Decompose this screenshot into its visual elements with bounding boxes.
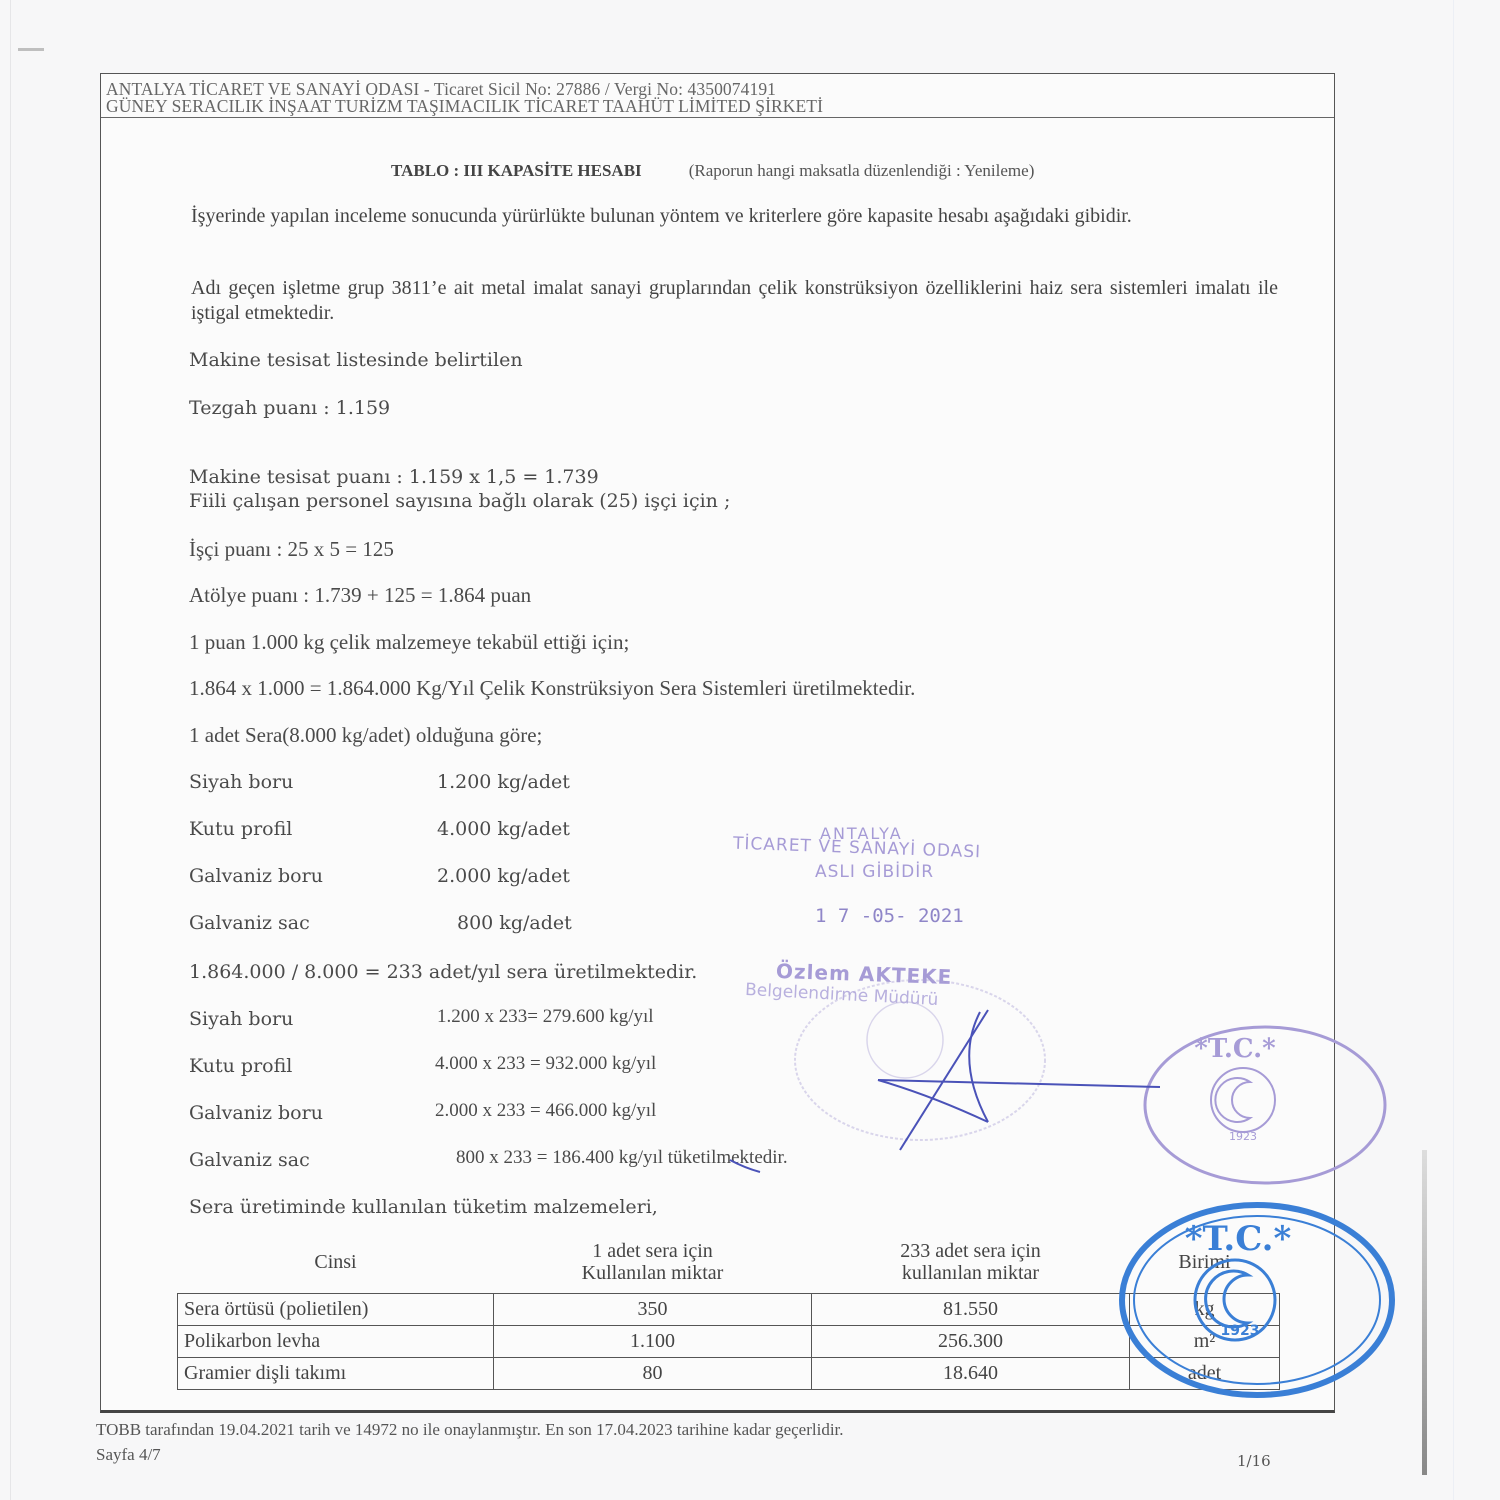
cell-per-unit: 80 [494,1358,812,1390]
cell-unit: m² [1130,1326,1280,1358]
col-header-total: 233 adet sera içinkullanılan miktar [812,1231,1130,1294]
table-row: Sera örtüsü (polietilen)35081.550kg [178,1294,1280,1326]
units-per-year: 1.864.000 / 8.000 = 233 adet/yıl sera ür… [189,961,697,983]
col-header-unit: Birimi [1130,1231,1280,1294]
annual-item-name: Kutu profil [189,1055,292,1077]
cell-type: Polikarbon levha [178,1326,494,1358]
col-header-type: Cinsi [178,1231,494,1294]
annual-item-value: 4.000 x 233 = 932.000 kg/yıl [435,1053,656,1075]
scan-edge [10,0,11,1500]
company-name: GÜNEY SERACILIK İNŞAAT TURİZM TAŞIMACILI… [106,96,823,117]
sheet-number: 1/16 [1237,1452,1271,1470]
per-unit-item-name: Galvaniz boru [189,865,323,887]
worker-score: İşçi puanı : 25 x 5 = 125 [189,537,394,562]
scan-mark [18,48,44,51]
cell-unit: adet [1130,1358,1280,1390]
per-unit-item-value: 800 kg/adet [457,912,572,934]
per-unit-item-value: 2.000 kg/adet [437,865,570,887]
group-paragraph: Adı geçen işletme grup 3811’e ait metal … [191,276,1278,326]
per-unit-item-name: Kutu profil [189,818,292,840]
consumables-intro: Sera üretiminde kullanılan tüketim malze… [189,1196,658,1218]
workshop-score: Atölye puanı : 1.739 + 125 = 1.864 puan [189,583,531,608]
stamp-date: 1 7 -05- 2021 [815,905,964,927]
annual-item-value: 2.000 x 233 = 466.000 kg/yıl [435,1100,656,1122]
machine-score: Makine tesisat puanı : 1.159 x 1,5 = 1.7… [189,466,599,488]
table-row: Polikarbon levha1.100256.300m² [178,1326,1280,1358]
table-header-row: Cinsi 1 adet sera içinKullanılan miktar … [178,1231,1280,1294]
document-frame: ANTALYA TİCARET VE SANAYİ ODASI - Ticare… [100,73,1335,1413]
table-title: TABLO : III KAPASİTE HESABI [391,161,642,180]
annual-production: 1.864 x 1.000 = 1.864.000 Kg/Yıl Çelik K… [189,676,915,701]
annual-item-name: Galvaniz boru [189,1102,323,1124]
cell-type: Sera örtüsü (polietilen) [178,1294,494,1326]
tezgah-score: Tezgah puanı : 1.159 [189,397,390,419]
per-unit-item-value: 1.200 kg/adet [437,771,570,793]
section-title: TABLO : III KAPASİTE HESABI (Raporun han… [391,161,1034,181]
consumables-table: Cinsi 1 adet sera içinKullanılan miktar … [177,1231,1280,1390]
intro-paragraph: İşyerinde yapılan inceleme sonucunda yür… [191,204,1278,229]
report-purpose: (Raporun hangi maksatla düzenlendiği : Y… [689,161,1035,180]
point-equivalence: 1 puan 1.000 kg çelik malzemeye tekabül … [189,630,629,655]
cell-total: 18.640 [812,1358,1130,1390]
annual-item-value: 1.200 x 233= 279.600 kg/yıl [437,1006,654,1028]
cell-type: Gramier dişli takımı [178,1358,494,1390]
annual-item-name: Siyah boru [189,1008,293,1030]
per-unit-item-name: Galvaniz sac [189,912,310,934]
cell-total: 256.300 [812,1326,1130,1358]
per-unit-item-value: 4.000 kg/adet [437,818,570,840]
stamp-certified: ASLI GİBİDİR [815,862,934,882]
table-row: Gramier dişli takımı8018.640adet [178,1358,1280,1390]
scan-band [1453,0,1454,1500]
unit-weight: 1 adet Sera(8.000 kg/adet) olduğuna göre… [189,723,542,748]
scan-shadow [1422,1150,1427,1475]
annual-item-value: 800 x 233 = 186.400 kg/yıl tüketilmekted… [456,1147,788,1169]
document-header: ANTALYA TİCARET VE SANAYİ ODASI - Ticare… [101,74,1334,118]
cell-unit: kg [1130,1294,1280,1326]
annual-item-name: Galvaniz sac [189,1149,310,1171]
per-unit-item-name: Siyah boru [189,771,293,793]
cell-per-unit: 1.100 [494,1326,812,1358]
approval-note: TOBB tarafından 19.04.2021 tarih ve 1497… [96,1420,844,1440]
page-number: Sayfa 4/7 [96,1445,161,1465]
cell-per-unit: 350 [494,1294,812,1326]
machine-list-text: Makine tesisat listesinde belirtilen [189,349,523,371]
cell-total: 81.550 [812,1294,1130,1326]
personnel-text: Fiili çalışan personel sayısına bağlı ol… [189,490,730,512]
col-header-per-unit: 1 adet sera içinKullanılan miktar [494,1231,812,1294]
